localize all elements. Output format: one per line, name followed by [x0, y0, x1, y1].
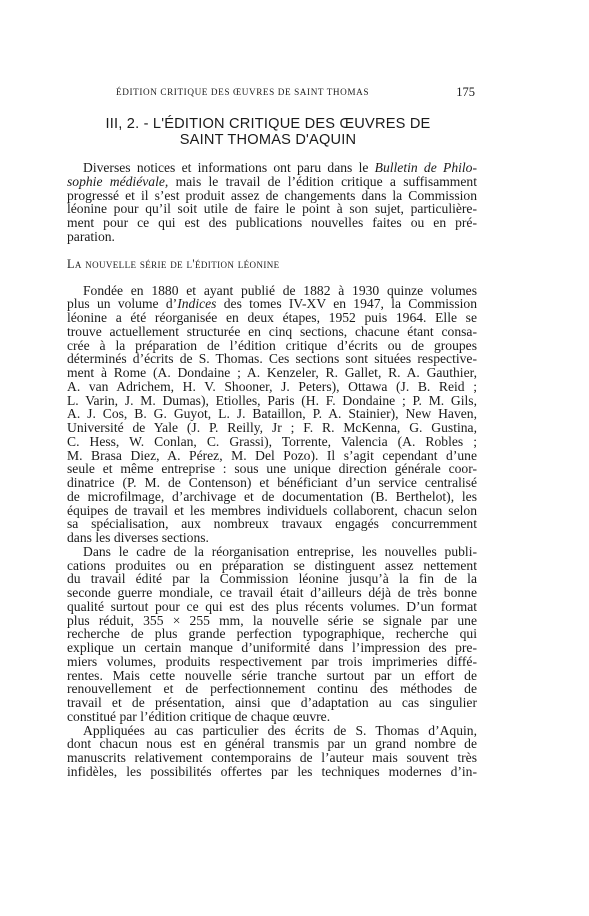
chapter-title: III, 2. - L'ÉDITION CRITIQUE DES ŒUVRES …	[67, 116, 477, 148]
text-line: plus réduit, 355 × 255 mm, la nouvelle s…	[67, 614, 477, 628]
paragraph-intro: Diverses notices et informations ont par…	[67, 161, 477, 244]
text-line: recherche de plus grande perfection typo…	[67, 627, 477, 641]
paragraph-applications: Appliquées au cas particulier des écrits…	[67, 724, 477, 779]
paragraph-reorganisation: Dans le cadre de la réorganisation entre…	[67, 545, 477, 724]
text-line: constitué par l’édition critique de chaq…	[67, 710, 477, 724]
text-line: Fondée en 1880 et ayant publié de 1882 à…	[67, 284, 477, 298]
text-line: du travail édité par la Commission léoni…	[67, 572, 477, 586]
chapter-title-line-2: SAINT THOMAS D'AQUIN	[67, 132, 469, 148]
text-line: dinatrice (P. M. de Contenson) et bénéfi…	[67, 476, 477, 490]
body-text: Diverses notices et informations ont par…	[67, 161, 477, 779]
text-line: paration.	[67, 230, 477, 244]
paragraph-commission: Fondée en 1880 et ayant publié de 1882 à…	[67, 284, 477, 545]
text-line: sa spécialisation, aux nombreux travaux …	[67, 517, 477, 531]
text-line: dont chacun nous est en général transmis…	[67, 737, 477, 751]
text-line: miers volumes, produits respectivement p…	[67, 655, 477, 669]
text-line: ment à Rome (A. Dondaine ; A. Kenzeler, …	[67, 366, 477, 380]
text-line: léonine pour qu’il soit utile de faire l…	[67, 202, 477, 216]
text-line: seconde guerre mondiale, ce travail étai…	[67, 586, 477, 600]
text-line: de microfilmage, d’archivage et de docum…	[67, 490, 477, 504]
text-line: M. Brasa Diez, A. Pérez, M. Del Pozo). I…	[67, 449, 477, 463]
text-line: cations produites ou en préparation se d…	[67, 559, 477, 573]
text-line: ment pour ce qui est des publications no…	[67, 216, 477, 230]
text-line: équipes de travail et les membres indivi…	[67, 504, 477, 518]
text-line: renouvellement et de perfectionnement co…	[67, 682, 477, 696]
text-line: progressé et il s’est produit assez de c…	[67, 189, 477, 203]
text-line: qualité surtout pour ce qui est des plus…	[67, 600, 477, 614]
text-line: Dans le cadre de la réorganisation entre…	[67, 545, 477, 559]
text-line: seule et même entreprise : sous une uniq…	[67, 462, 477, 476]
text-line: sophie médiévale, mais le travail de l’é…	[67, 175, 477, 189]
text-line: trouve actuellement structurée en cinq s…	[67, 325, 477, 339]
running-head: Édition critique des œuvres de Saint Tho…	[67, 86, 477, 100]
text-line: A. van Adrichem, H. V. Shooner, J. Peter…	[67, 380, 477, 394]
section-heading: La nouvelle série de l'édition léonine	[67, 257, 477, 271]
text-line: manuscrits relativement contemporains de…	[67, 751, 477, 765]
document-page: Édition critique des œuvres de Saint Tho…	[67, 86, 477, 779]
text-line: léonine a été réorganisée en deux étapes…	[67, 311, 477, 325]
text-line: infidèles, les possibilités offertes par…	[67, 765, 477, 779]
text-line: rentes. Mais cette nouvelle série tranch…	[67, 669, 477, 683]
text-line: crée à la préparation de l’édition criti…	[67, 339, 477, 353]
running-head-title: Édition critique des œuvres de Saint Tho…	[116, 87, 369, 97]
chapter-title-line-1: III, 2. - L'ÉDITION CRITIQUE DES ŒUVRES …	[67, 116, 469, 132]
text-line: dans les diverses sections.	[67, 531, 477, 545]
page-number: 175	[456, 85, 475, 100]
text-line: Université de Yale (J. P. Reilly, Jr ; F…	[67, 421, 477, 435]
text-line: Diverses notices et informations ont par…	[67, 161, 477, 175]
text-line: explique un certain manque d’uniformité …	[67, 641, 477, 655]
text-line: L. Varin, J. M. Dumas), Etiolles, Paris …	[67, 394, 477, 408]
text-line: A. J. Cos, B. G. Guyot, L. J. Bataillon,…	[67, 407, 477, 421]
text-line: travail et de présentation, ainsi que d’…	[67, 696, 477, 710]
text-line: Appliquées au cas particulier des écrits…	[67, 724, 477, 738]
text-line: plus un volume d’Indices des tomes IV-XV…	[67, 297, 477, 311]
text-line: déterminés d’écrits de S. Thomas. Ces se…	[67, 352, 477, 366]
text-line: C. Hess, W. Conlan, C. Grassi), Torrente…	[67, 435, 477, 449]
